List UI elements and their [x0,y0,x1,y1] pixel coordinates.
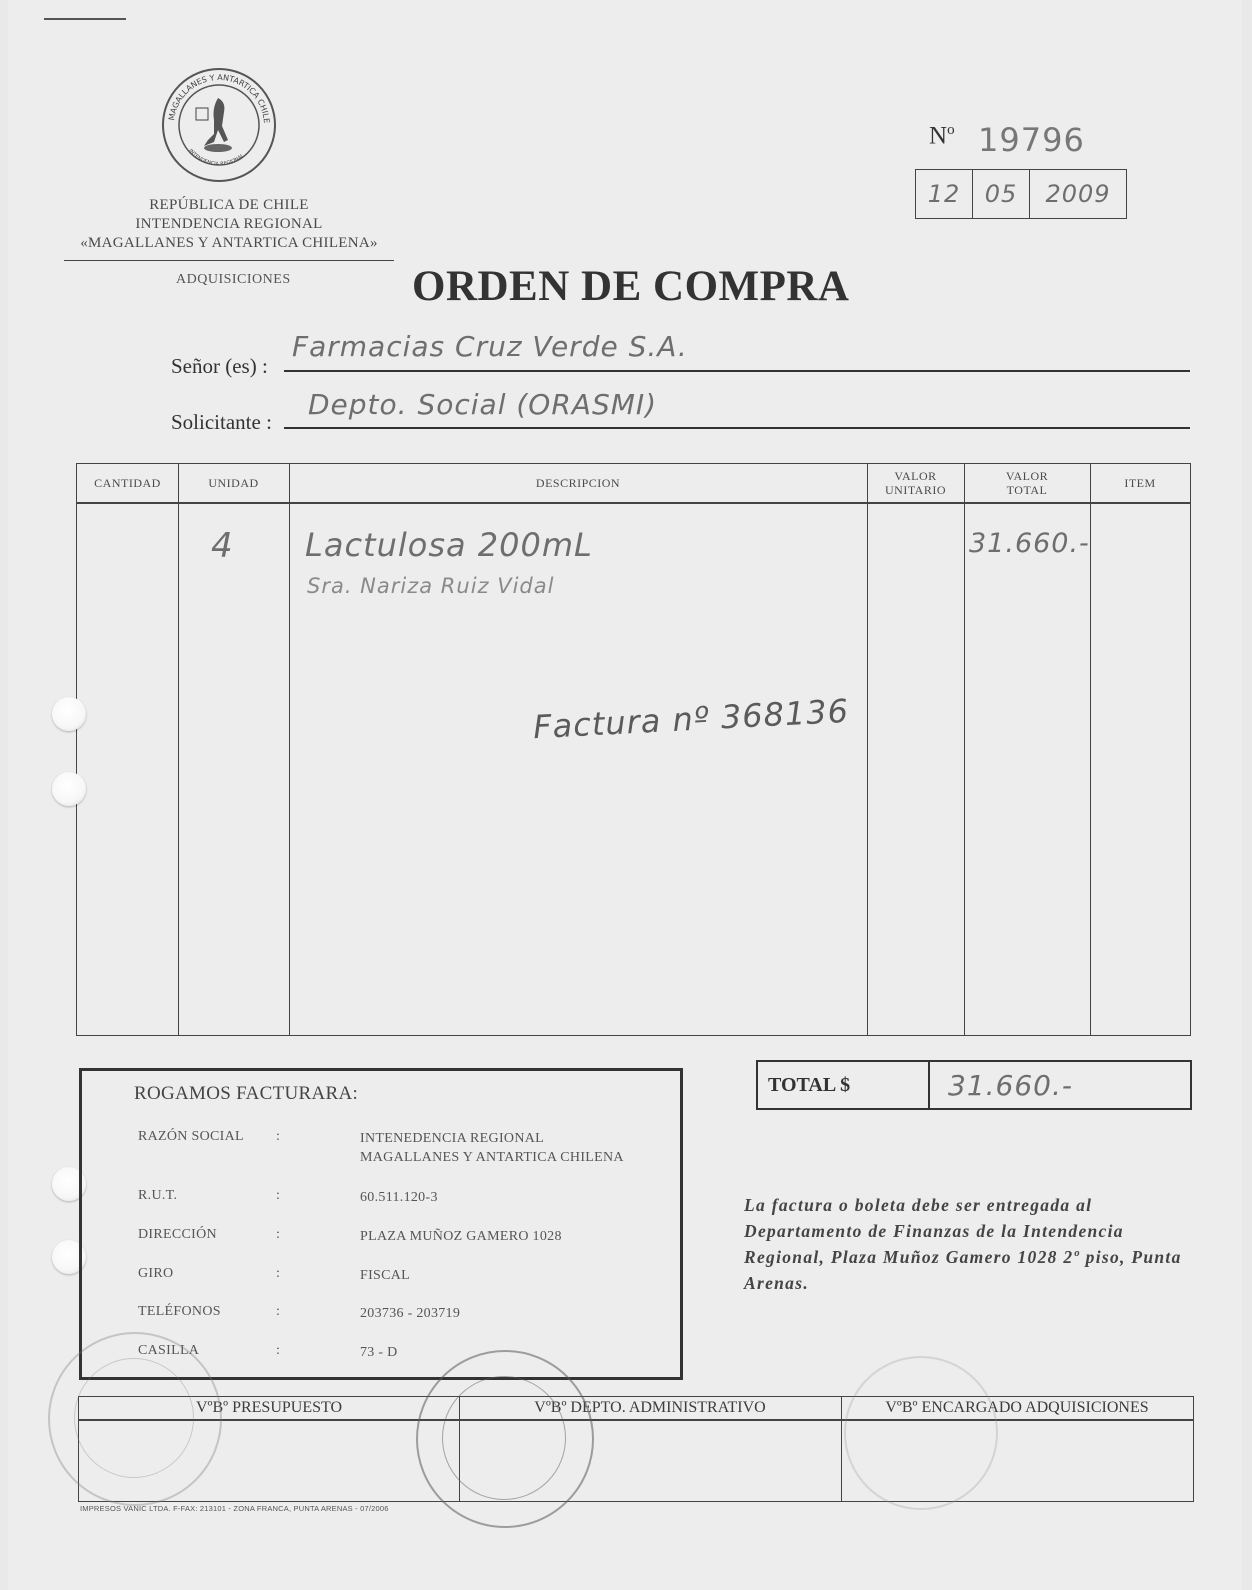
stamp-adquisiciones-icon [844,1356,998,1510]
th-descripcion: DESCRIPCION [289,464,867,502]
row-descripcion-beneficiary: Sra. Nariza Ruiz Vidal [307,574,554,598]
approvals-header-rule [79,1419,1193,1421]
date-year: 2009 [1030,170,1126,218]
billing-value: FISCAL [360,1266,410,1285]
stamp-inner-ring [442,1376,566,1500]
senores-label: Señor (es) : [171,354,268,379]
th-valor-total: VALOR TOTAL [964,464,1090,502]
th-item: ITEM [1090,464,1190,502]
billing-value: PLAZA MUÑOZ GAMERO 1028 [360,1227,562,1246]
table-header-rule [77,502,1190,504]
order-number: 19796 [978,121,1085,159]
regional-seal-icon: MAGALLANES Y ANTARTICA CHILENA INTENDENC… [160,66,278,184]
purchase-order-page: MAGALLANES Y ANTARTICA CHILENA INTENDENC… [8,0,1242,1590]
billing-value-line1: INTENEDENCIA REGIONAL [360,1131,544,1146]
punch-hole [52,772,86,806]
billing-title: ROGAMOS FACTURARA: [134,1083,358,1105]
stamp-inner-ring [74,1358,194,1478]
billing-box: ROGAMOS FACTURARA: RAZÓN SOCIAL : INTENE… [79,1068,683,1380]
issuer-header: REPÚBLICA DE CHILE INTENDENCIA REGIONAL … [64,196,394,253]
th-valor-total-line2: TOTAL [1007,483,1048,497]
order-number-label: No [929,122,955,150]
senores-line [284,370,1190,372]
th-valor-total-line1: VALOR [1006,469,1048,483]
col-cantidad [77,464,179,1035]
billing-label: GIRO [138,1266,173,1282]
row-unidad: 4 [211,526,234,566]
billing-colon: : [276,1227,280,1243]
header-line-region: «MAGALLANES Y ANTARTICA CHILENA» [64,234,394,253]
page-title: ORDEN DE COMPRA [412,262,849,311]
items-table: CANTIDAD UNIDAD DESCRIPCION VALOR UNITAR… [76,463,1191,1036]
delivery-note: La factura o boleta debe ser entregada a… [744,1192,1184,1296]
punch-hole [52,697,86,731]
billing-colon: : [276,1304,280,1320]
billing-colon: : [276,1188,280,1204]
billing-value: 73 - D [360,1343,398,1362]
number-label-sup: o [947,122,955,138]
approvals-table: VºBº PRESUPUESTO VºBº DEPTO. ADMINISTRAT… [78,1396,1194,1502]
solicitante-value: Depto. Social (ORASMI) [308,388,657,421]
billing-colon: : [276,1266,280,1282]
th-cantidad: CANTIDAD [77,464,178,502]
billing-label: RAZÓN SOCIAL [138,1129,244,1145]
header-line-intendencia: INTENDENCIA REGIONAL [64,215,394,234]
scan-mark [44,18,126,20]
th-unidad: UNIDAD [178,464,289,502]
total-label: TOTAL $ [758,1062,930,1108]
header-divider [64,260,394,261]
stamp-finanzas-icon [48,1332,222,1506]
row-descripcion: Lactulosa 200mL [305,526,593,564]
th-valor-unitario-line1: VALOR [894,469,936,483]
billing-value: INTENEDENCIA REGIONALMAGALLANES Y ANTART… [360,1129,624,1167]
billing-colon: : [276,1343,280,1359]
row-valor-total: 31.660.- [969,528,1090,559]
th-valor-unitario-line2: UNITARIO [885,483,946,497]
department-label: ADQUISICIONES [176,272,291,288]
date-box: 12 05 2009 [915,169,1127,219]
billing-value-line2: MAGALLANES Y ANTARTICA CHILENA [360,1150,624,1165]
col-valor-unitario [867,464,965,1035]
total-box: TOTAL $ 31.660.- [756,1060,1192,1110]
solicitante-line [284,427,1190,429]
billing-value: 60.511.120-3 [360,1188,438,1207]
date-day: 12 [916,170,973,218]
th-valor-unitario: VALOR UNITARIO [867,464,964,502]
header-line-republic: REPÚBLICA DE CHILE [64,196,394,215]
total-value: 31.660.- [930,1062,1190,1108]
col-unidad [178,464,290,1035]
billing-label: DIRECCIÓN [138,1227,217,1243]
billing-colon: : [276,1129,280,1145]
date-month: 05 [973,170,1030,218]
billing-label: R.U.T. [138,1188,177,1204]
senores-value: Farmacias Cruz Verde S.A. [292,330,688,363]
solicitante-label: Solicitante : [171,410,272,435]
stamp-administrativo-icon [416,1350,594,1528]
billing-label: TELÉFONOS [138,1304,221,1320]
printer-imprint: IMPRESOS VANIC LTDA. F-FAX: 213101 - ZON… [80,1504,389,1513]
billing-value: 203736 - 203719 [360,1304,460,1323]
number-label-text: N [929,122,947,149]
